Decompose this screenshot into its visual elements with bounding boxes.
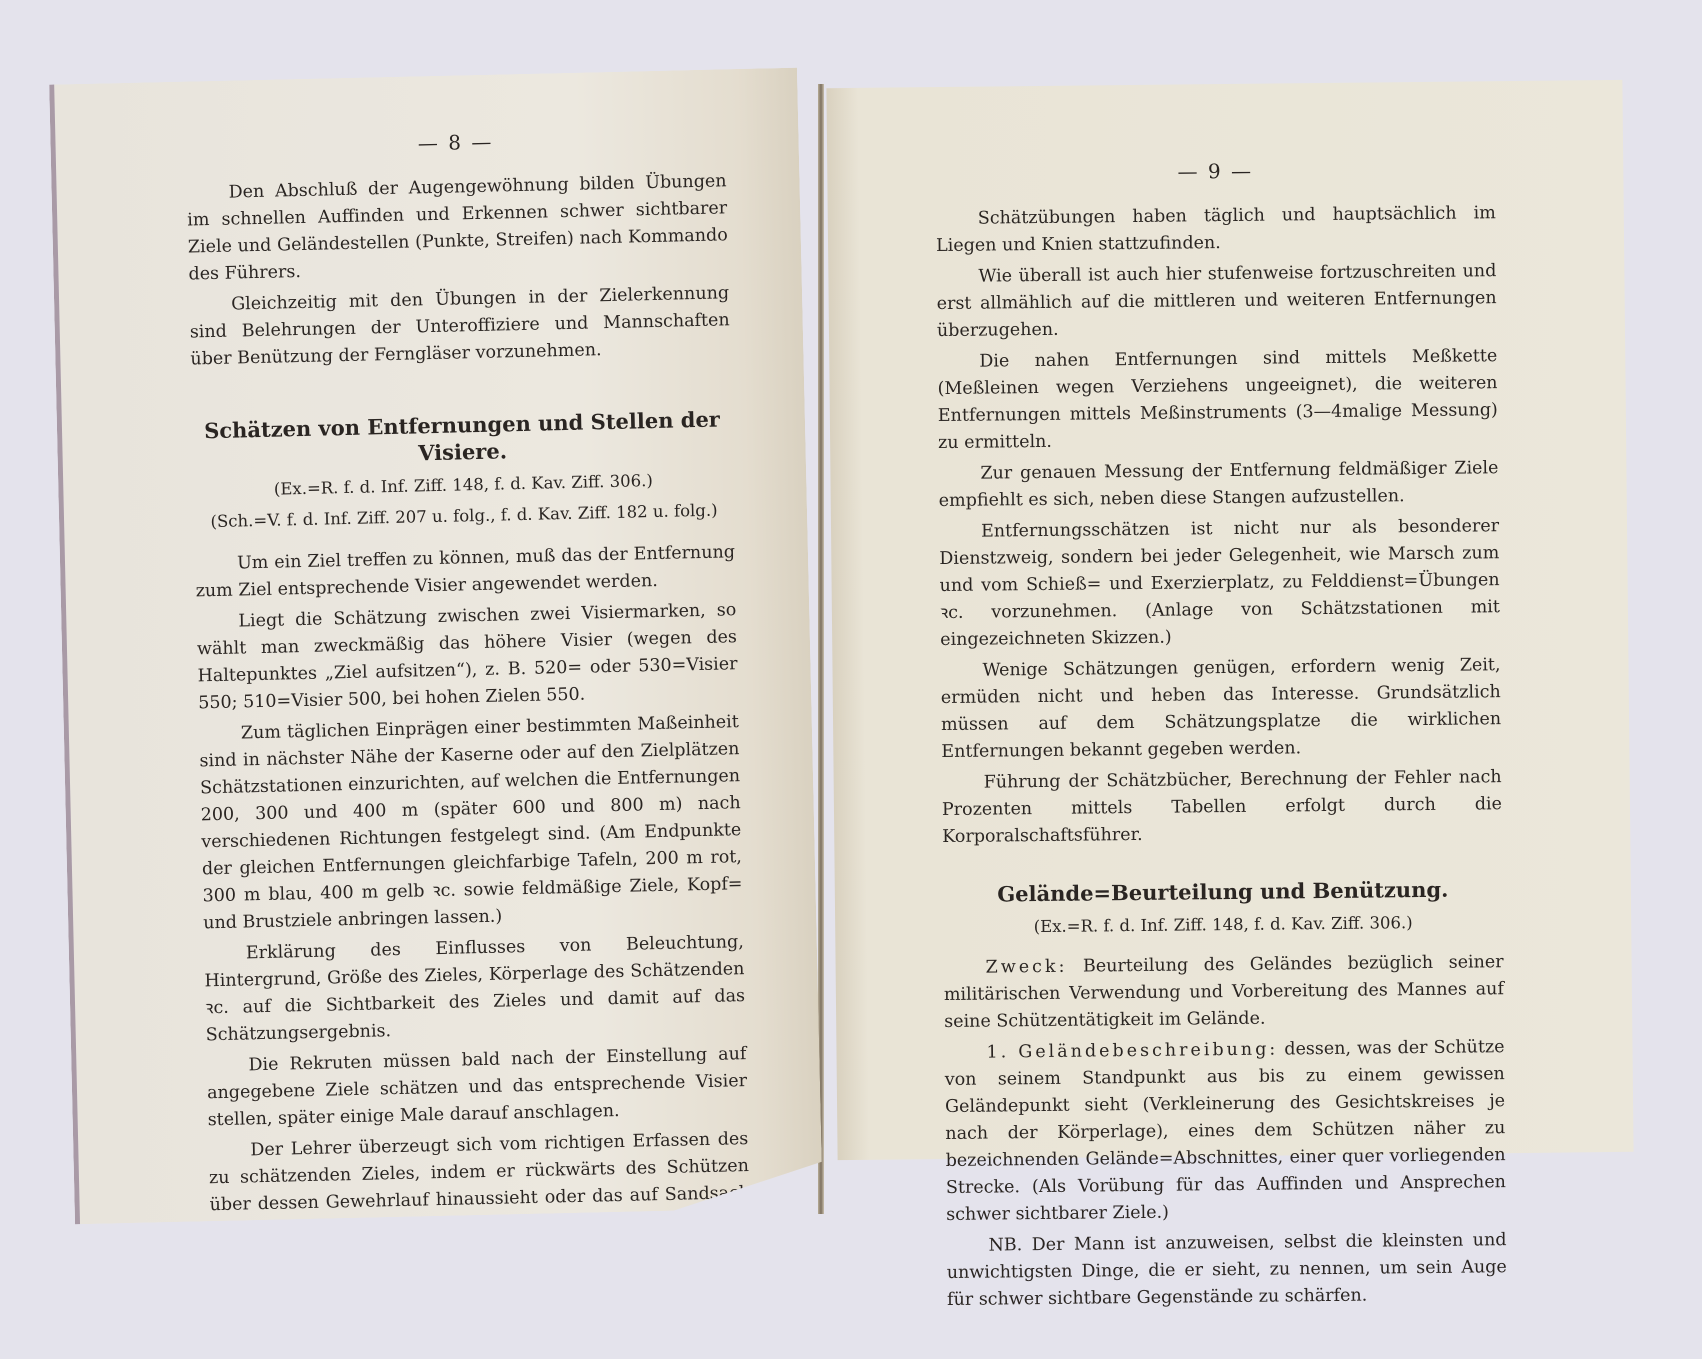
paragraph: Zur genauen Messung der Entfernung feldm… [938,455,1499,515]
section-heading: Schätzen von Entfernungen und Stellen de… [192,405,733,471]
paragraph: Schätzübungen haben täglich und hauptsäc… [936,200,1497,260]
item-1-text: dessen, was der Schütze von seinem Stand… [945,1037,1506,1225]
note-paragraph: NB. Der Mann ist anzuweisen, selbst die … [946,1227,1507,1314]
paragraph: Die Rekruten müssen bald nach der Einste… [206,1041,748,1134]
purpose-paragraph: Zweck: Beurteilung des Geländes bezüglic… [943,949,1504,1036]
right-page: — 9 — Schätzübungen haben täglich und ha… [826,80,1633,1160]
page-number: — 9 — [935,155,1495,188]
section-reference: (Ex.=R. f. d. Inf. Ziff. 148, f. d. Kav.… [943,908,1503,941]
purpose-label: Zweck: [986,957,1068,978]
paragraph: Liegt die Schätzung zwischen zwei Visier… [196,597,738,717]
left-page-content: — 8 — Den Abschluß der Augengewöhnung bi… [185,123,750,1250]
section-heading: Gelände=Beurteilung und Benützung. [943,875,1503,908]
paragraph: Der Lehrer überzeugt sich vom richtigen … [208,1126,750,1246]
item-1-paragraph: 1. Geländebeschreibung: dessen, was der … [944,1034,1506,1229]
item-1-label: 1. Geländebeschreibung: [986,1040,1278,1063]
paragraph: Führung der Schätzbücher, Berechnung der… [942,764,1503,851]
right-page-content: — 9 — Schätzübungen haben täglich und ha… [935,155,1507,1318]
paragraph: Erklärung des Einflusses von Beleuchtung… [204,929,746,1049]
paragraph: Wenige Schätzungen genügen, erfordern we… [940,652,1501,766]
paragraph: Den Abschluß der Augengewöhnung bilden Ü… [186,168,728,288]
paragraph: Gleichzeitig mit den Übungen in der Ziel… [189,280,731,373]
page-number: — 8 — [185,123,725,162]
paragraph: Zum täglichen Einprägen einer bestimmten… [199,709,744,937]
paragraph: Wie überall ist auch hier stufenweise fo… [936,258,1497,345]
paragraph: Entfernungsschätzen ist nicht nur als be… [939,513,1500,654]
paragraph: Um ein Ziel treffen zu können, muß das d… [195,539,736,605]
left-page: — 8 — Den Abschluß der Augengewöhnung bi… [49,68,823,1225]
paragraph: Die nahen Entfernungen sind mittels Meßk… [937,343,1498,457]
